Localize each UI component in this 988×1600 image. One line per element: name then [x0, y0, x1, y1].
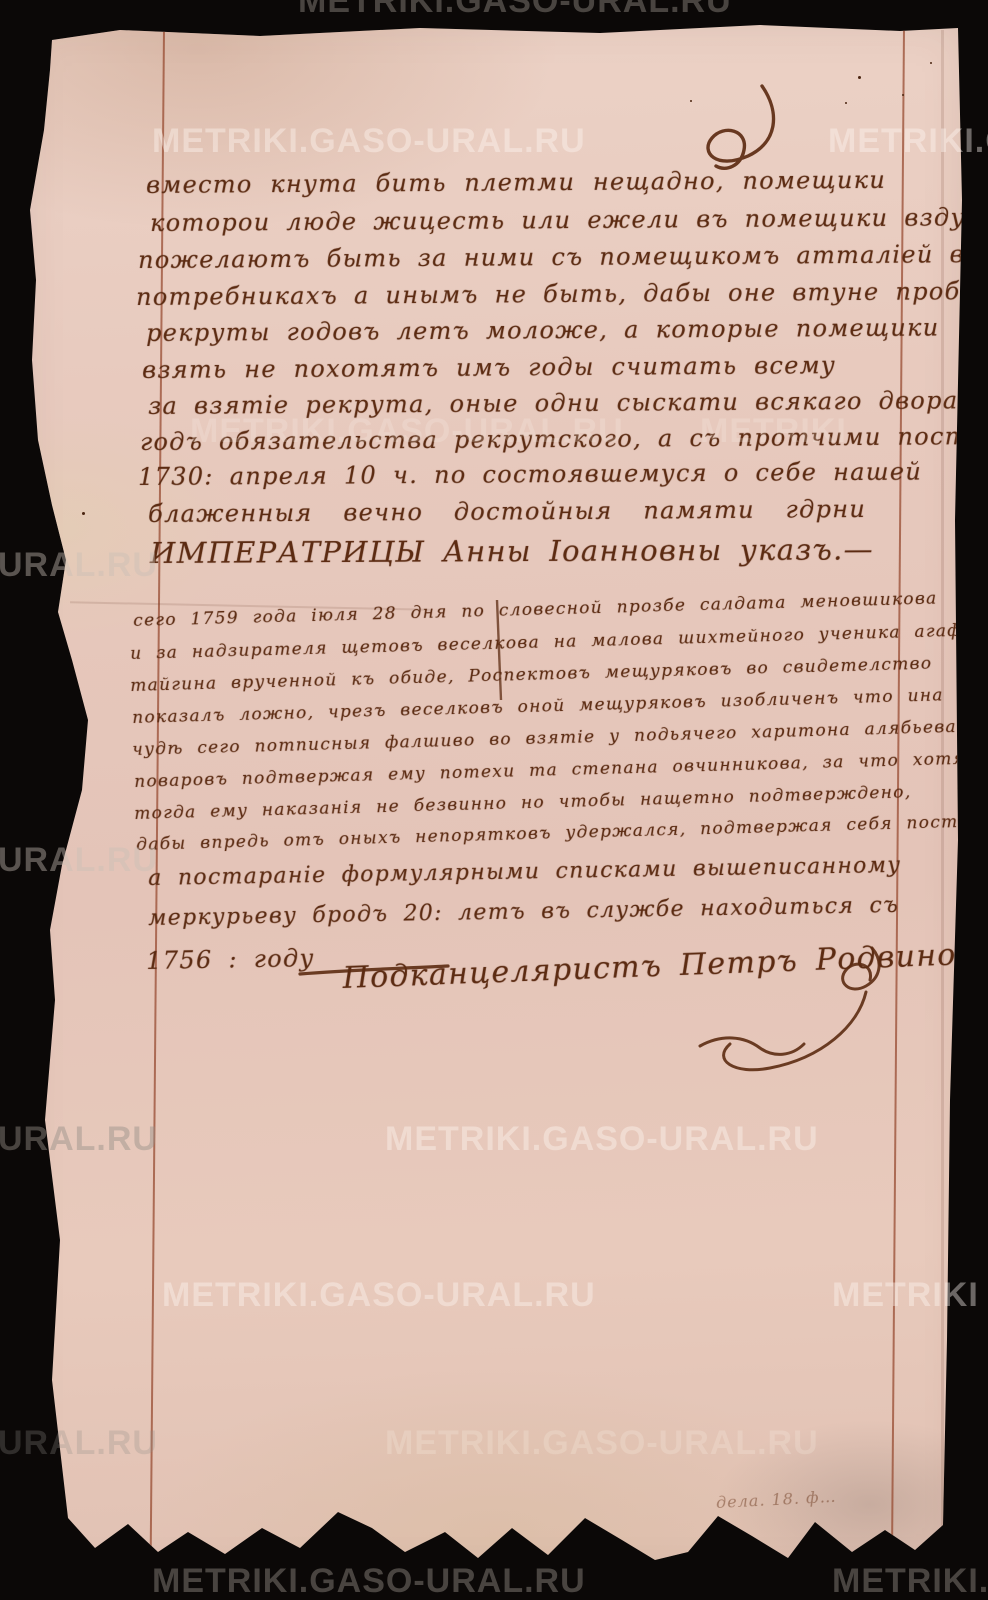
manuscript-line: потребникахъ а инымъ не быть, дабы оне в…: [136, 279, 890, 312]
ink-speck: [845, 102, 847, 104]
manuscript-line: меркурьеву бродъ 20: летъ въ службе нахо…: [148, 894, 816, 931]
ink-speck: [858, 76, 861, 79]
manuscript-line: 1730: апреля 10 ч. по состоявшемуся о се…: [138, 459, 880, 492]
marginalia-note: дела. 18. ф…: [716, 1487, 837, 1512]
manuscript-line: за взятіе рекрута, оные одни сыскати вся…: [148, 388, 886, 421]
manuscript-line: вместо кнута бить плетми нещадно, помещи…: [146, 167, 886, 200]
manuscript-line: взять не похотятъ имъ годы считать всему: [142, 352, 836, 384]
manuscript-line: которои люде жицесть или ежели въ помещи…: [150, 205, 890, 238]
document-page: вместо кнута бить плетми нещадно, помещи…: [0, 0, 988, 1600]
manuscript-line: блаженныя вечно достойныя памяти гдрни: [148, 496, 866, 529]
ink-speck: [902, 94, 904, 96]
ink-flourish-top: [708, 86, 773, 168]
manuscript-line: пожелаютъ быть за ними съ помещикомъ атт…: [138, 242, 890, 275]
ink-speck: [690, 100, 692, 102]
manuscript-line: рекруты годовъ летъ моложе, а которые по…: [146, 315, 852, 348]
scan-background: вместо кнута бить плетми нещадно, помещи…: [0, 0, 988, 1600]
manuscript-line: Подканцеляристъ Петръ Родвиновъ: [342, 937, 988, 997]
ink-speck: [82, 512, 85, 515]
manuscript-line: ИМПЕРАТРИЦЫ Анны Іоанновны указъ.—: [150, 533, 850, 570]
watermark-tile: METRIKI.GASO-URAL.RU: [152, 1564, 586, 1598]
ink-speck: [930, 62, 932, 64]
manuscript-line: а постараніе формулярными списками вышеп…: [148, 854, 854, 892]
manuscript-line: годъ обязательства рекрутского, а съ про…: [140, 424, 882, 457]
watermark-tile: METRIKI.GASO-URAL.RU: [298, 0, 732, 18]
manuscript-line: 1756 : году: [146, 945, 315, 976]
watermark-tile: METRIKI.G: [832, 1564, 988, 1598]
